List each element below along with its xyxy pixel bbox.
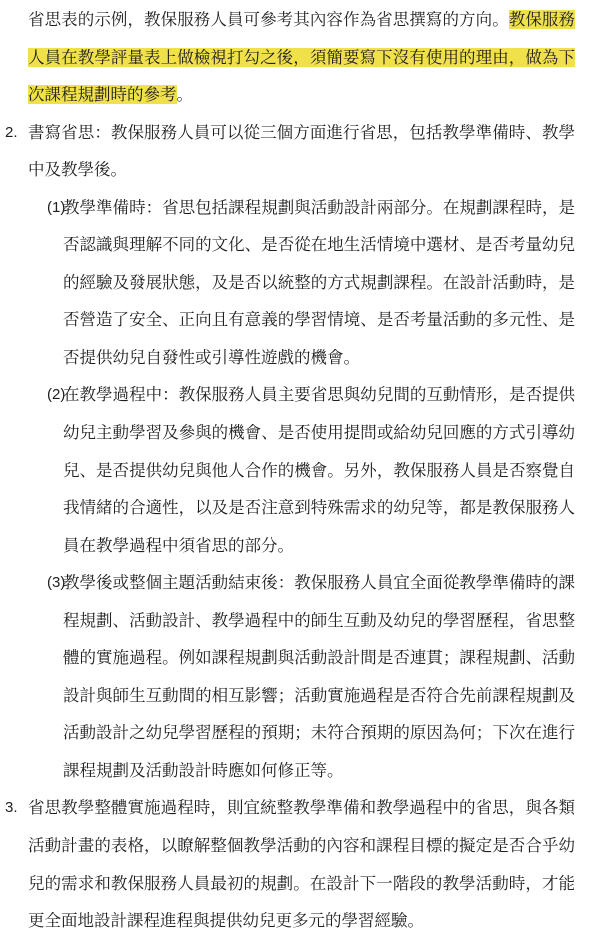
list-item-2-number: 2. bbox=[5, 114, 18, 152]
list-item-2: 2. 書寫省思：教保服務人員可以從三個方面進行省思，包括教學準備時、教學中及教學… bbox=[28, 114, 575, 790]
sub-item-3-number: (3) bbox=[47, 564, 65, 602]
intro-text-before-highlight: 省思表的示例，教保服務人員可參考其內容作為省思撰寫的方向。 bbox=[28, 10, 509, 29]
sub-item-1-number: (1) bbox=[47, 189, 65, 227]
intro-text-after-highlight: 。 bbox=[177, 85, 194, 104]
list-item-2-text: 書寫省思：教保服務人員可以從三個方面進行省思，包括教學準備時、教學中及教學後。 bbox=[28, 114, 575, 189]
paragraph-continuation: 省思表的示例，教保服務人員可參考其內容作為省思撰寫的方向。教保服務人員在教學評量… bbox=[28, 1, 575, 114]
list-item-3-number: 3. bbox=[5, 789, 18, 827]
sub-item-2: (2) 在教學過程中：教保服務人員主要省思與幼兒間的互動情形，是否提供幼兒主動學… bbox=[63, 376, 575, 564]
sub-item-2-text: 在教學過程中：教保服務人員主要省思與幼兒間的互動情形，是否提供幼兒主動學習及參與… bbox=[63, 376, 575, 564]
sub-item-1-text: 教學準備時：省思包括課程規劃與活動設計兩部分。在規劃課程時，是否認識與理解不同的… bbox=[63, 189, 575, 377]
list-item-3-text: 省思教學整體實施過程時，則宜統整教學準備和教學過程中的省思，與各類活動計畫的表格… bbox=[28, 789, 575, 939]
sub-item-1: (1) 教學準備時：省思包括課程規劃與活動設計兩部分。在規劃課程時，是否認識與理… bbox=[63, 189, 575, 377]
document-page: 省思表的示例，教保服務人員可參考其內容作為省思撰寫的方向。教保服務人員在教學評量… bbox=[0, 0, 601, 948]
sub-item-3-text: 教學後或整個主題活動結束後：教保服務人員宜全面從教學準備時的課程規劃、活動設計、… bbox=[63, 564, 575, 789]
sub-item-3: (3) 教學後或整個主題活動結束後：教保服務人員宜全面從教學準備時的課程規劃、活… bbox=[63, 564, 575, 789]
list-item-3: 3. 省思教學整體實施過程時，則宜統整教學準備和教學過程中的省思，與各類活動計畫… bbox=[28, 789, 575, 939]
sub-item-2-number: (2) bbox=[47, 376, 65, 414]
